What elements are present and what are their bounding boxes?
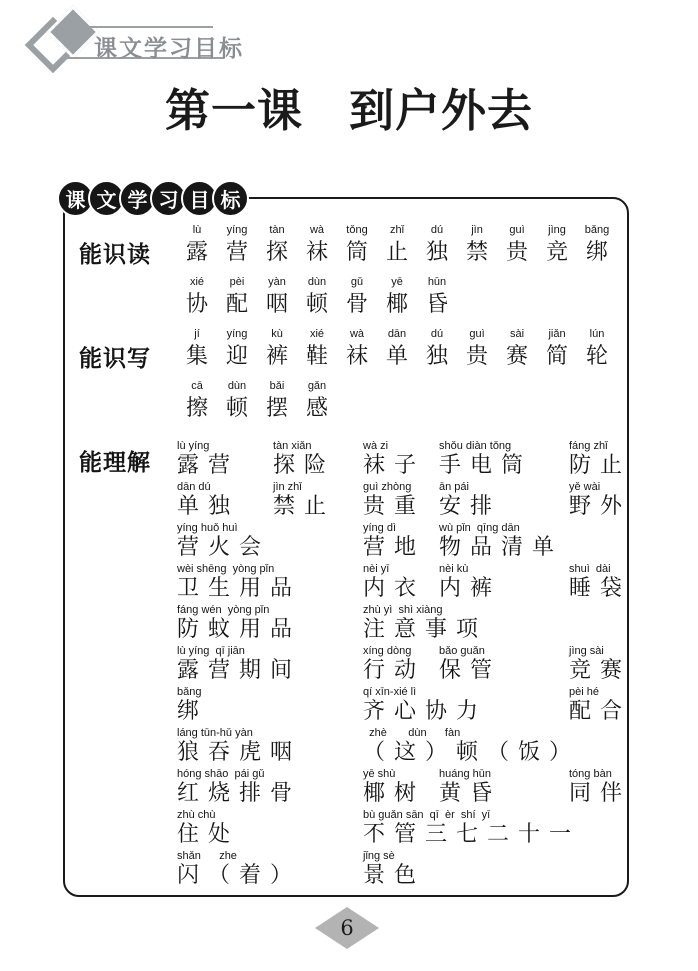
hanzi-text: 贵 — [497, 238, 537, 268]
hanzi-text: 配 — [217, 290, 257, 320]
pinyin-text: gǔ — [337, 275, 377, 290]
word-item: lù yíng露营 — [177, 439, 239, 479]
hanzi-text: 安排 — [439, 494, 501, 520]
badge-char: 标 — [212, 180, 249, 217]
pinyin-text: jìng — [537, 223, 577, 238]
hanzi-text: 闪（着） — [177, 863, 301, 889]
pinyin-text: bǎng — [177, 685, 208, 699]
char-cell: jí集 — [177, 327, 217, 379]
char-cell: bǎi摆 — [257, 379, 297, 431]
pinyin-text: zhè dùn fàn — [363, 726, 580, 740]
hanzi-text: 同伴 — [569, 781, 631, 807]
pinyin-text: tǒng — [337, 223, 377, 238]
char-cell: yíng营 — [217, 223, 257, 275]
pinyin-text: wù pǐn qīng dān — [439, 521, 563, 535]
hanzi-text: 行动 — [363, 658, 425, 684]
char-cell: xié鞋 — [297, 327, 337, 379]
word-item: nèi yī内衣 — [363, 562, 425, 602]
word-item: yě wài野外 — [569, 480, 631, 520]
pinyin-text: bǎi — [257, 379, 297, 394]
word-item: pèi hé配合 — [569, 685, 631, 725]
pinyin-text: wèi shēng yòng pǐn — [177, 562, 301, 576]
pinyin-text: yíng huǒ huì — [177, 521, 270, 535]
hanzi-text: 卫生用品 — [177, 576, 301, 602]
hanzi-text: 防止 — [569, 453, 631, 479]
word-item: shǒu diàn tǒng手电筒 — [439, 439, 532, 479]
pinyin-text: cā — [177, 379, 217, 394]
hanzi-text: 感 — [297, 394, 337, 424]
hanzi-text: 集 — [177, 342, 217, 372]
char-cell: guì贵 — [497, 223, 537, 275]
char-line: lù露yíng营tàn探wà袜tǒng筒zhǐ止dú独jìn禁guì贵jìng竞… — [177, 223, 627, 275]
section-row: 能识读lù露yíng营tàn探wà袜tǒng筒zhǐ止dú独jìn禁guì贵jì… — [79, 223, 627, 327]
word-item: wèi shēng yòng pǐn卫生用品 — [177, 562, 301, 602]
hanzi-text: 止 — [377, 238, 417, 268]
pinyin-text: wà — [297, 223, 337, 238]
hanzi-text: 独 — [417, 238, 457, 268]
word-row: lù yíng qī jiān露营期间xíng dòng行动bǎo guǎn保管… — [177, 644, 627, 685]
pinyin-text: zhǐ — [377, 223, 417, 238]
char-cell: guì贵 — [457, 327, 497, 379]
pinyin-text: shǎn zhe — [177, 849, 301, 863]
pinyin-text: pèi — [217, 275, 257, 290]
pinyin-text: shuì dài — [569, 562, 631, 576]
char-line: cā擦dùn顿bǎi摆gǎn感 — [177, 379, 627, 431]
hanzi-text: 配合 — [569, 699, 631, 725]
hanzi-text: 骨 — [337, 290, 377, 320]
pinyin-text: bǎo guǎn — [439, 644, 501, 658]
word-item: qí xīn-xié lì齐心协力 — [363, 685, 487, 725]
word-item: jǐng sè景色 — [363, 849, 425, 889]
pinyin-text: lù — [177, 223, 217, 238]
hanzi-text: 裤 — [257, 342, 297, 372]
page-number-diamond: 6 — [315, 907, 379, 949]
section-row: 能识写jí集yíng迎kù裤xié鞋wà袜dān单dú独guì贵sài赛jiǎn… — [79, 327, 627, 431]
word-item: wà zi袜子 — [363, 439, 425, 479]
char-cell: hūn昏 — [417, 275, 457, 327]
word-item: bù guǎn sān qī èr shí yī不管三七二十一 — [363, 808, 580, 848]
char-cell: wà袜 — [297, 223, 337, 275]
hanzi-text: 睡袋 — [569, 576, 631, 602]
page-number: 6 — [340, 916, 353, 940]
word-item: nèi kù内裤 — [439, 562, 501, 602]
hanzi-text: 保管 — [439, 658, 501, 684]
pinyin-text: lù yíng qī jiān — [177, 644, 301, 658]
hanzi-text: 露 — [177, 238, 217, 268]
header-rule-top — [79, 26, 213, 28]
word-item: zhù chù住处 — [177, 808, 239, 848]
section-content: lù yíng露营tàn xiǎn探险wà zi袜子shǒu diàn tǒng… — [177, 439, 627, 890]
hanzi-text: 黄昏 — [439, 781, 501, 807]
pinyin-text: xié — [177, 275, 217, 290]
word-item: xíng dòng行动 — [363, 644, 425, 684]
hanzi-text: 袜 — [337, 342, 377, 372]
hanzi-text: 住处 — [177, 822, 239, 848]
char-cell: yíng迎 — [217, 327, 257, 379]
hanzi-text: 内裤 — [439, 576, 501, 602]
word-row: yíng huǒ huì营火会yíng dì营地wù pǐn qīng dān物… — [177, 521, 627, 562]
pinyin-text: wà zi — [363, 439, 425, 453]
hanzi-text: 独 — [417, 342, 457, 372]
word-item: dān dú单独 — [177, 480, 239, 520]
hanzi-text: 绑 — [177, 699, 208, 725]
pinyin-text: jiǎn — [537, 327, 577, 342]
pinyin-text: wà — [337, 327, 377, 342]
hanzi-text: 物品清单 — [439, 535, 563, 561]
word-item: tàn xiǎn探险 — [273, 439, 335, 479]
hanzi-text: 手电筒 — [439, 453, 532, 479]
pinyin-text: dú — [417, 223, 457, 238]
hanzi-text: 贵重 — [363, 494, 425, 520]
hanzi-text: 禁 — [457, 238, 497, 268]
pinyin-text: yē shù — [363, 767, 425, 781]
hanzi-text: 赛 — [497, 342, 537, 372]
hanzi-text: 咽 — [257, 290, 297, 320]
word-item: fáng zhǐ防止 — [569, 439, 631, 479]
pinyin-text: dān dú — [177, 480, 239, 494]
pinyin-text: jí — [177, 327, 217, 342]
pinyin-text: yíng — [217, 223, 257, 238]
word-item: shǎn zhe闪（着） — [177, 849, 301, 889]
word-item: bǎng绑 — [177, 685, 208, 725]
pinyin-text: xíng dòng — [363, 644, 425, 658]
char-cell: kù裤 — [257, 327, 297, 379]
hanzi-text: 轮 — [577, 342, 617, 372]
section-content: jí集yíng迎kù裤xié鞋wà袜dān单dú独guì贵sài赛jiǎn简lú… — [177, 327, 627, 431]
word-item: shuì dài睡袋 — [569, 562, 631, 602]
pinyin-text: guì — [497, 223, 537, 238]
word-item: zhù yì shì xiàng注意事项 — [363, 603, 487, 643]
pinyin-text: fáng wén yòng pǐn — [177, 603, 301, 617]
char-cell: tǒng筒 — [337, 223, 377, 275]
objectives-sections: 能识读lù露yíng营tàn探wà袜tǒng筒zhǐ止dú独jìn禁guì贵jì… — [65, 199, 627, 890]
word-row: shǎn zhe闪（着）jǐng sè景色 — [177, 849, 627, 890]
char-cell: dùn顿 — [217, 379, 257, 431]
lesson-title: 第一课 到户外去 — [0, 74, 698, 139]
pinyin-text: tàn xiǎn — [273, 439, 335, 453]
pinyin-text: nèi kù — [439, 562, 501, 576]
pinyin-text: xié — [297, 327, 337, 342]
word-row: dān dú单独jìn zhǐ禁止guì zhòng贵重ān pái安排yě w… — [177, 480, 627, 521]
hanzi-text: 绑 — [577, 238, 617, 268]
pinyin-text: huáng hūn — [439, 767, 501, 781]
section-label: 能识写 — [79, 327, 177, 431]
pinyin-text: bù guǎn sān qī èr shí yī — [363, 808, 580, 822]
pinyin-text: yàn — [257, 275, 297, 290]
word-item: yíng dì营地 — [363, 521, 425, 561]
hanzi-text: 禁止 — [273, 494, 335, 520]
hanzi-text: 擦 — [177, 394, 217, 424]
char-cell: wà袜 — [337, 327, 377, 379]
hanzi-text: 狼吞虎咽 — [177, 740, 301, 766]
char-cell: dú独 — [417, 327, 457, 379]
section-content: lù露yíng营tàn探wà袜tǒng筒zhǐ止dú独jìn禁guì贵jìng竞… — [177, 223, 627, 327]
char-cell: sài赛 — [497, 327, 537, 379]
pinyin-text: nèi yī — [363, 562, 425, 576]
word-item: hóng shāo pái gǔ红烧排骨 — [177, 767, 301, 807]
objectives-badge: 课文学习目标 — [57, 180, 243, 217]
header-label: 课文学习目标 — [94, 30, 244, 63]
hanzi-text: 营地 — [363, 535, 425, 561]
hanzi-text: 简 — [537, 342, 577, 372]
word-item: lù yíng qī jiān露营期间 — [177, 644, 301, 684]
hanzi-text: 筒 — [337, 238, 377, 268]
char-cell: dùn顿 — [297, 275, 337, 327]
word-row: bǎng绑qí xīn-xié lì齐心协力pèi hé配合 — [177, 685, 627, 726]
word-item: yíng huǒ huì营火会 — [177, 521, 270, 561]
pinyin-text: jìn zhǐ — [273, 480, 335, 494]
pinyin-text: lún — [577, 327, 617, 342]
hanzi-text: 露营 — [177, 453, 239, 479]
hanzi-text: 探险 — [273, 453, 335, 479]
pinyin-text: jǐng sè — [363, 849, 425, 863]
char-cell: zhǐ止 — [377, 223, 417, 275]
hanzi-text: 营 — [217, 238, 257, 268]
page-container: 课文学习目标 第一课 到户外去 课文学习目标 能识读lù露yíng营tàn探wà… — [0, 0, 698, 971]
hanzi-text: 协 — [177, 290, 217, 320]
hanzi-text: 探 — [257, 238, 297, 268]
pinyin-text: lù yíng — [177, 439, 239, 453]
pinyin-text: kù — [257, 327, 297, 342]
hanzi-text: 竞赛 — [569, 658, 631, 684]
hanzi-text: 椰树 — [363, 781, 425, 807]
hanzi-text: 椰 — [377, 290, 417, 320]
section-row: 能理解lù yíng露营tàn xiǎn探险wà zi袜子shǒu diàn t… — [79, 431, 627, 890]
hanzi-text: 单 — [377, 342, 417, 372]
pinyin-text: bǎng — [577, 223, 617, 238]
pinyin-text: fáng zhǐ — [569, 439, 631, 453]
hanzi-text: 袜 — [297, 238, 337, 268]
char-cell: jiǎn简 — [537, 327, 577, 379]
objectives-box: 课文学习目标 能识读lù露yíng营tàn探wà袜tǒng筒zhǐ止dú独jìn… — [63, 197, 629, 897]
pinyin-text: tàn — [257, 223, 297, 238]
hanzi-text: 袜子 — [363, 453, 425, 479]
section-label: 能理解 — [79, 431, 177, 890]
char-cell: lù露 — [177, 223, 217, 275]
word-item: fáng wén yòng pǐn防蚊用品 — [177, 603, 301, 643]
hanzi-text: 鞋 — [297, 342, 337, 372]
pinyin-text: láng tūn-hǔ yàn — [177, 726, 301, 740]
word-item: ān pái安排 — [439, 480, 501, 520]
pinyin-text: shǒu diàn tǒng — [439, 439, 532, 453]
char-line: jí集yíng迎kù裤xié鞋wà袜dān单dú独guì贵sài赛jiǎn简lú… — [177, 327, 627, 379]
word-item: huáng hūn黄昏 — [439, 767, 501, 807]
pinyin-text: yíng — [217, 327, 257, 342]
pinyin-text: dú — [417, 327, 457, 342]
hanzi-text: 内衣 — [363, 576, 425, 602]
hanzi-text: 齐心协力 — [363, 699, 487, 725]
word-row: hóng shāo pái gǔ红烧排骨yē shù椰树huáng hūn黄昏t… — [177, 767, 627, 808]
hanzi-text: 顿 — [217, 394, 257, 424]
char-line: xié协pèi配yàn咽dùn顿gǔ骨yē椰hūn昏 — [177, 275, 627, 327]
char-cell: tàn探 — [257, 223, 297, 275]
word-item: yē shù椰树 — [363, 767, 425, 807]
hanzi-text: 露营期间 — [177, 658, 301, 684]
word-row: zhù chù住处bù guǎn sān qī èr shí yī不管三七二十一 — [177, 808, 627, 849]
char-cell: yē椰 — [377, 275, 417, 327]
char-cell: xié协 — [177, 275, 217, 327]
hanzi-text: 营火会 — [177, 535, 270, 561]
pinyin-text: dān — [377, 327, 417, 342]
pinyin-text: jìn — [457, 223, 497, 238]
char-cell: dú独 — [417, 223, 457, 275]
char-cell: yàn咽 — [257, 275, 297, 327]
pinyin-text: guì — [457, 327, 497, 342]
hanzi-text: 摆 — [257, 394, 297, 424]
word-row: fáng wén yòng pǐn防蚊用品zhù yì shì xiàng注意事… — [177, 603, 627, 644]
hanzi-text: 迎 — [217, 342, 257, 372]
char-cell: dān单 — [377, 327, 417, 379]
hanzi-text: 不管三七二十一 — [363, 822, 580, 848]
hanzi-text: 竞 — [537, 238, 577, 268]
word-row: lù yíng露营tàn xiǎn探险wà zi袜子shǒu diàn tǒng… — [177, 439, 627, 480]
word-row: wèi shēng yòng pǐn卫生用品nèi yī内衣nèi kù内裤sh… — [177, 562, 627, 603]
pinyin-text: jìng sài — [569, 644, 631, 658]
pinyin-text: pèi hé — [569, 685, 631, 699]
char-cell: lún轮 — [577, 327, 617, 379]
word-item: zhè dùn fàn（这）顿（饭） — [363, 726, 580, 766]
word-item: wù pǐn qīng dān物品清单 — [439, 521, 563, 561]
pinyin-text: yě wài — [569, 480, 631, 494]
char-cell: jìn禁 — [457, 223, 497, 275]
hanzi-text: 注意事项 — [363, 617, 487, 643]
hanzi-text: （这）顿（饭） — [363, 740, 580, 766]
pinyin-text: qí xīn-xié lì — [363, 685, 487, 699]
word-item: tóng bàn同伴 — [569, 767, 631, 807]
pinyin-text: dùn — [297, 275, 337, 290]
pinyin-text: hóng shāo pái gǔ — [177, 767, 301, 781]
hanzi-text: 昏 — [417, 290, 457, 320]
pinyin-text: tóng bàn — [569, 767, 631, 781]
char-cell: cā擦 — [177, 379, 217, 431]
hanzi-text: 红烧排骨 — [177, 781, 301, 807]
pinyin-text: gǎn — [297, 379, 337, 394]
word-item: guì zhòng贵重 — [363, 480, 425, 520]
pinyin-text: hūn — [417, 275, 457, 290]
char-cell: gǔ骨 — [337, 275, 377, 327]
char-cell: jìng竞 — [537, 223, 577, 275]
pinyin-text: zhù chù — [177, 808, 239, 822]
word-item: láng tūn-hǔ yàn狼吞虎咽 — [177, 726, 301, 766]
pinyin-text: dùn — [217, 379, 257, 394]
hanzi-text: 单独 — [177, 494, 239, 520]
hanzi-text: 贵 — [457, 342, 497, 372]
char-cell: pèi配 — [217, 275, 257, 327]
hanzi-text: 防蚊用品 — [177, 617, 301, 643]
pinyin-text: guì zhòng — [363, 480, 425, 494]
char-cell: bǎng绑 — [577, 223, 617, 275]
pinyin-text: yē — [377, 275, 417, 290]
word-item: jìn zhǐ禁止 — [273, 480, 335, 520]
word-item: jìng sài竞赛 — [569, 644, 631, 684]
pinyin-text: sài — [497, 327, 537, 342]
hanzi-text: 野外 — [569, 494, 631, 520]
pinyin-text: ān pái — [439, 480, 501, 494]
word-row: láng tūn-hǔ yàn狼吞虎咽 zhè dùn fàn（这）顿（饭） — [177, 726, 627, 767]
word-item: bǎo guǎn保管 — [439, 644, 501, 684]
section-label: 能识读 — [79, 223, 177, 327]
hanzi-text: 景色 — [363, 863, 425, 889]
hanzi-text: 顿 — [297, 290, 337, 320]
char-cell: gǎn感 — [297, 379, 337, 431]
pinyin-text: yíng dì — [363, 521, 425, 535]
pinyin-text: zhù yì shì xiàng — [363, 603, 487, 617]
